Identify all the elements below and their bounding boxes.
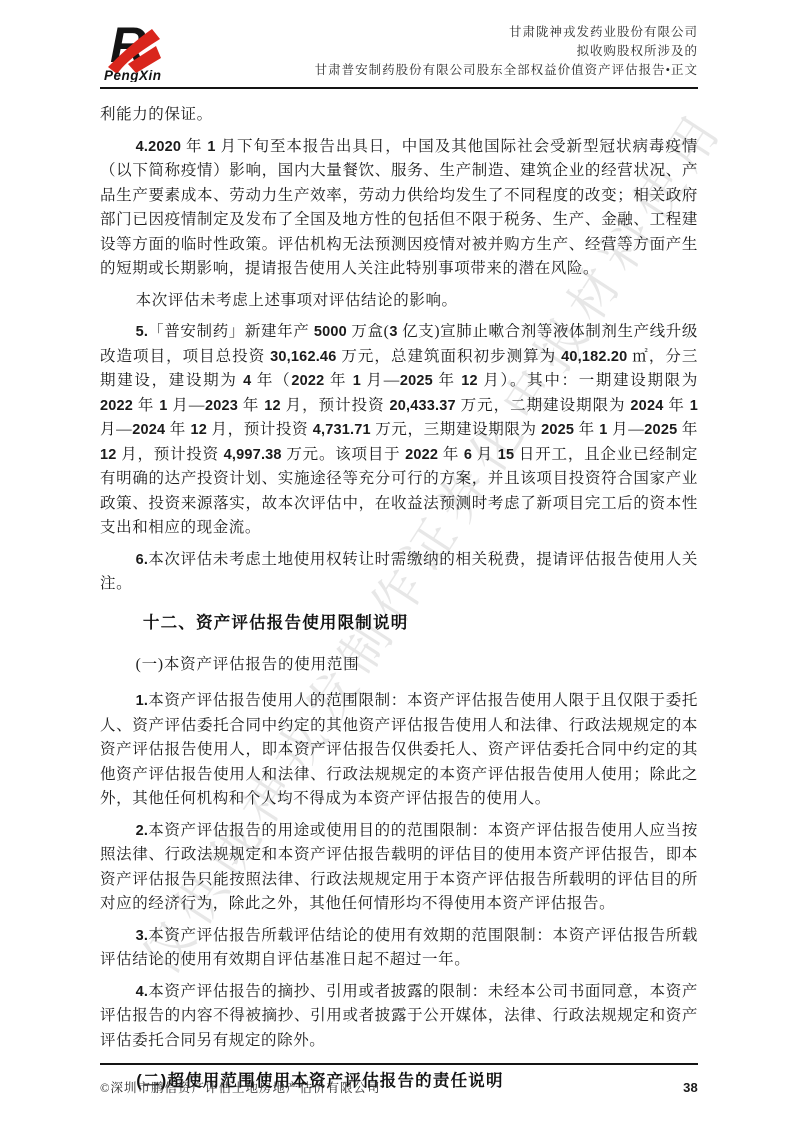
header-line-1: 甘肃陇神戎发药业股份有限公司 — [315, 23, 698, 42]
footer-divider — [100, 1063, 698, 1065]
footer-company: ©深圳市鹏信资产评估土地房地产估价有限公司 — [100, 1078, 381, 1096]
section-heading-12: 十二、资产评估报告使用限制说明 — [100, 609, 698, 633]
subsection-1-paragraph-1: 1.本资产评估报告使用人的范围限制：本资产评估报告使用人限于且仅限于委托人、资产… — [100, 689, 698, 812]
subsection-1-paragraph-4: 4.本资产评估报告的摘抄、引用或者披露的限制：未经本公司书面同意，本资产评估报告… — [100, 980, 698, 1054]
paragraph-item-6-tax: 6.本次评估未考虑土地使用权转让时需缴纳的相关税费，提请评估报告使用人关注。 — [100, 548, 698, 597]
svg-text:PengXin: PengXin — [104, 68, 162, 82]
report-body: 利能力的保证。 4.2020 年 1 月下旬至本报告出具日，中国及其他国际社会受… — [0, 89, 793, 1091]
pengxin-logo: R PengXin — [100, 20, 180, 82]
subsection-1-paragraph-3: 3.本资产评估报告所载评估结论的使用有效期的范围限制：本资产评估报告所载评估结论… — [100, 924, 698, 973]
paragraph-item-5-project: 5.「普安制药」新建年产 5000 万盒(3 亿支)宣肺止嗽合剂等液体制剂生产线… — [100, 320, 698, 541]
page-number: 38 — [683, 1080, 698, 1095]
paragraph-continuation: 利能力的保证。 — [100, 103, 698, 128]
paragraph-note: 本次评估未考虑上述事项对评估结论的影响。 — [100, 289, 698, 314]
subsection-1-title: (一)本资产评估报告的使用范围 — [100, 653, 698, 678]
header-line-3: 甘肃普安制药股份有限公司股东全部权益价值资产评估报告•正文 — [315, 61, 698, 80]
header-line-2: 拟收购股权所涉及的 — [315, 42, 698, 61]
document-page: 仅供陇神戎发制作证券化申报材料使用 R PengXin 甘肃陇神戎发药业股份有限… — [0, 0, 793, 1122]
page-footer: ©深圳市鹏信资产评估土地房地产估价有限公司 38 — [100, 1063, 698, 1096]
logo-r-icon: R PengXin — [100, 20, 180, 82]
header-title-block: 甘肃陇神戎发药业股份有限公司 拟收购股权所涉及的 甘肃普安制药股份有限公司股东全… — [315, 20, 698, 80]
paragraph-item-4-covid: 4.2020 年 1 月下旬至本报告出具日，中国及其他国际社会受新型冠状病毒疫情… — [100, 135, 698, 282]
subsection-1-paragraph-2: 2.本资产评估报告的用途或使用目的的范围限制：本资产评估报告使用人应当按照法律、… — [100, 819, 698, 917]
report-header: R PengXin 甘肃陇神戎发药业股份有限公司 拟收购股权所涉及的 甘肃普安制… — [0, 0, 793, 82]
